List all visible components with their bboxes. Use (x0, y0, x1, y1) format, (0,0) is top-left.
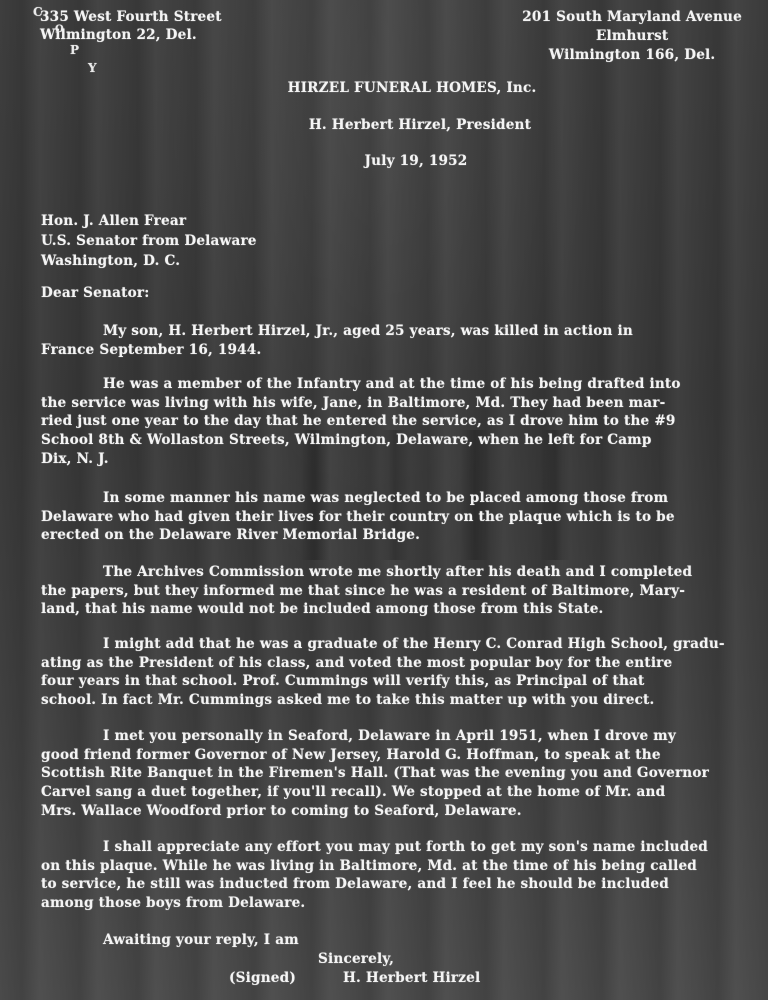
paragraph-line: good friend former Governor of New Jerse… (41, 746, 741, 765)
copy-stamp-y: Y (88, 61, 97, 75)
recipient-name: Hon. J. Allen Frear (41, 211, 257, 231)
paragraph-line: School 8th & Wollaston Streets, Wilmingt… (41, 431, 741, 450)
paragraph-line: ried just one year to the day that he en… (41, 412, 741, 431)
paragraph-line: France September 16, 1944. (41, 341, 741, 360)
paragraph-line: He was a member of the Infantry and at t… (41, 375, 741, 394)
body-paragraph: He was a member of the Infantry and at t… (41, 375, 741, 469)
address-line: Elmhurst (522, 27, 742, 46)
paragraph-line: In some manner his name was neglected to… (41, 489, 741, 508)
paragraph-line: I might add that he was a graduate of th… (41, 635, 741, 654)
body-paragraph: I shall appreciate any effort you may pu… (41, 838, 741, 913)
recipient-city: Washington, D. C. (41, 251, 257, 271)
paragraph-line: among those boys from Delaware. (41, 894, 741, 913)
paragraph-line: Dix, N. J. (41, 450, 741, 469)
company-name: HIRZEL FUNERAL HOMES, Inc. (28, 80, 768, 96)
address-line: 335 West Fourth Street (40, 8, 222, 26)
paragraph-line: Delaware who had given their lives for t… (41, 508, 741, 527)
body-paragraph: My son, H. Herbert Hirzel, Jr., aged 25 … (41, 322, 741, 359)
paragraph-line: school. In fact Mr. Cummings asked me to… (41, 691, 741, 710)
paragraph-line: Scottish Rite Banquet in the Firemen's H… (41, 764, 741, 783)
letter-date: July 19, 1952 (32, 153, 768, 169)
address-line: Wilmington 22, Del. (40, 26, 222, 44)
paragraph-line: to service, he still was inducted from D… (41, 875, 741, 894)
body-paragraph: In some manner his name was neglected to… (41, 489, 741, 545)
body-paragraph: The Archives Commission wrote me shortly… (41, 563, 741, 619)
paragraph-line: the papers, but they informed me that si… (41, 582, 741, 601)
inside-address: Hon. J. Allen Frear U.S. Senator from De… (41, 211, 257, 271)
paragraph-line: on this plaque. While he was living in B… (41, 857, 741, 876)
return-address-left: 335 West Fourth Street Wilmington 22, De… (40, 8, 222, 44)
closing-line: Awaiting your reply, I am (103, 932, 299, 948)
paragraph-line: Mrs. Wallace Woodford prior to coming to… (41, 802, 741, 821)
paragraph-line: four years in that school. Prof. Cumming… (41, 672, 741, 691)
return-address-right: 201 South Maryland Avenue Elmhurst Wilmi… (522, 8, 742, 65)
president-line: H. Herbert Hirzel, President (36, 117, 768, 133)
paragraph-line: The Archives Commission wrote me shortly… (41, 563, 741, 582)
paragraph-line: Carvel sang a duet together, if you'll r… (41, 783, 741, 802)
address-line: 201 South Maryland Avenue (522, 8, 742, 27)
paragraph-line: I shall appreciate any effort you may pu… (41, 838, 741, 857)
body-paragraph: I might add that he was a graduate of th… (41, 635, 741, 710)
paragraph-line: My son, H. Herbert Hirzel, Jr., aged 25 … (41, 322, 741, 341)
paragraph-line: land, that his name would not be include… (41, 600, 741, 619)
body-paragraph: I met you personally in Seaford, Delawar… (41, 727, 741, 821)
salutation: Dear Senator: (41, 285, 149, 301)
paragraph-line: the service was living with his wife, Ja… (41, 394, 741, 413)
signed-label: (Signed) (229, 970, 296, 986)
recipient-title: U.S. Senator from Delaware (41, 231, 257, 251)
paragraph-line: I met you personally in Seaford, Delawar… (41, 727, 741, 746)
address-line: Wilmington 166, Del. (522, 46, 742, 65)
signature-name: H. Herbert Hirzel (343, 970, 480, 986)
paragraph-line: ating as the President of his class, and… (41, 654, 741, 673)
complimentary-close: Sincerely, (318, 951, 394, 967)
paragraph-line: erected on the Delaware River Memorial B… (41, 526, 741, 545)
copy-stamp-p: P (70, 43, 79, 57)
letter-page: C O P Y 335 West Fourth Street Wilmingto… (0, 0, 768, 1000)
